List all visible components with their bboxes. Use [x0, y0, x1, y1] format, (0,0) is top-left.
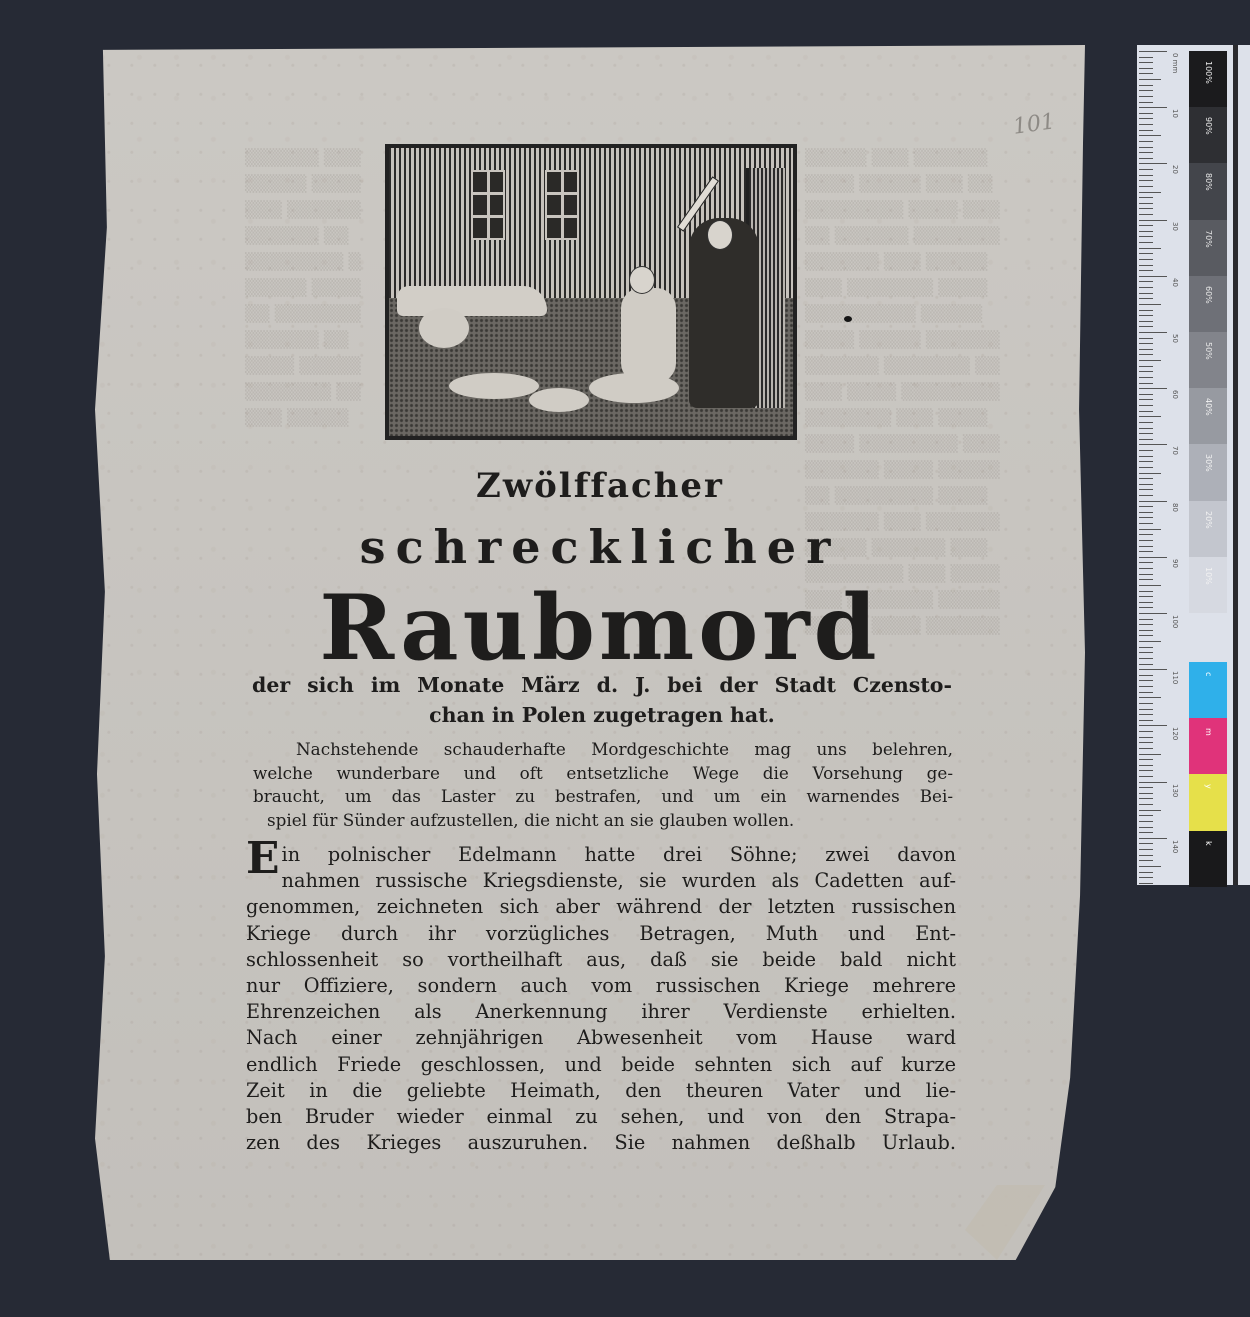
ruler-tick	[1139, 517, 1153, 518]
victim-figure	[449, 373, 539, 399]
ruler-tick	[1139, 843, 1153, 844]
ruler-tick	[1139, 473, 1161, 474]
ruler-tick	[1139, 579, 1153, 580]
ruler-tick	[1139, 686, 1153, 687]
ruler-tick	[1139, 281, 1153, 282]
victim-figure	[419, 308, 469, 348]
grey-step: 90%	[1189, 107, 1227, 163]
ruler-tick	[1139, 310, 1153, 311]
ruler-label: 10	[1171, 109, 1179, 118]
ruler-tick	[1139, 96, 1153, 97]
subtitle-line: der sich im Monate März d. J. bei der St…	[252, 670, 952, 700]
ruler-tick	[1139, 489, 1153, 490]
ruler-tick	[1139, 192, 1161, 193]
color-patch-label: c	[1204, 672, 1213, 676]
ruler-tick	[1139, 68, 1153, 69]
ruler-tick	[1139, 399, 1153, 400]
ruler-tick	[1139, 635, 1153, 636]
ruler-tick	[1139, 293, 1153, 294]
ruler-tick	[1139, 85, 1153, 86]
ruler-tick	[1139, 405, 1153, 406]
ruler-tick	[1139, 79, 1161, 80]
ruler-label: 40	[1171, 278, 1179, 287]
ruler-tick	[1139, 591, 1153, 592]
ruler-tick	[1139, 461, 1153, 462]
ruler-tick	[1139, 613, 1167, 614]
ruler-tick	[1139, 248, 1161, 249]
ruler-tick	[1139, 787, 1153, 788]
body-line: zen des Krieges auszuruhen. Sie nahmen d…	[246, 1130, 956, 1156]
ruler-tick	[1139, 759, 1153, 760]
ruler-tick	[1139, 141, 1153, 142]
ruler-tick	[1139, 388, 1167, 389]
title-line-1: Zwölffacher	[240, 466, 960, 506]
ruler-tick	[1139, 557, 1167, 558]
ruler-tick	[1139, 602, 1153, 603]
ruler-tick	[1139, 607, 1153, 608]
ruler-label: 110	[1171, 671, 1179, 684]
grey-step: 100%	[1189, 51, 1227, 107]
ruler-tick	[1139, 231, 1153, 232]
ruler-tick	[1139, 652, 1153, 653]
ruler-tick	[1139, 411, 1153, 412]
ruler-tick	[1139, 394, 1153, 395]
ruler-tick	[1139, 838, 1167, 839]
ruler-tick	[1139, 152, 1153, 153]
ruler-tick	[1139, 506, 1153, 507]
ruler-tick	[1139, 135, 1161, 136]
ruler-tick	[1139, 321, 1153, 322]
victim-figure	[529, 388, 589, 412]
ruler-tick	[1139, 624, 1153, 625]
ruler-tick	[1139, 439, 1153, 440]
body-line: in polnischer Edelmann hatte drei Söhne;…	[246, 842, 956, 868]
ruler-tick	[1139, 450, 1153, 451]
intro-line: braucht, um das Laster zu bestrafen, und…	[253, 785, 953, 809]
ruler-tick	[1139, 332, 1167, 333]
body-line: Zeit in die geliebte Heimath, den theure…	[246, 1078, 956, 1104]
grey-step: 70%	[1189, 220, 1227, 276]
ruler-tick	[1139, 158, 1153, 159]
ruler-tick	[1139, 197, 1153, 198]
ruler-tick	[1139, 343, 1153, 344]
ruler-tick	[1139, 422, 1153, 423]
body-paragraph: E in polnischer Edelmann hatte drei Söhn…	[246, 842, 956, 1156]
ruler-tick	[1139, 815, 1153, 816]
ruler-tick	[1139, 501, 1167, 502]
ruler-tick	[1139, 366, 1153, 367]
woodcut-illustration	[385, 144, 797, 440]
ruler-tick	[1139, 512, 1153, 513]
ruler-tick	[1139, 236, 1153, 237]
ruler-tick	[1139, 714, 1153, 715]
ruler-tick	[1139, 253, 1153, 254]
ruler-tick	[1139, 737, 1153, 738]
ruler-tick	[1139, 265, 1153, 266]
grey-step: 80%	[1189, 163, 1227, 219]
ruler-tick	[1139, 298, 1153, 299]
ruler-label: 120	[1171, 727, 1179, 740]
ruler-tick	[1139, 456, 1153, 457]
title-line-2: schrecklicher	[240, 520, 960, 574]
ruler-tick	[1139, 270, 1153, 271]
subtitle-line: chan in Polen zugetragen hat.	[252, 700, 952, 730]
woman-figure	[621, 288, 676, 383]
ruler-tick	[1139, 371, 1153, 372]
ruler-tick	[1139, 675, 1153, 676]
grey-step-label: 100%	[1204, 61, 1213, 84]
ruler-label: 130	[1171, 784, 1179, 797]
ruler-label: 100	[1171, 615, 1179, 628]
ruler-tick	[1139, 798, 1153, 799]
grey-step-label: 60%	[1204, 286, 1213, 304]
ruler-tick	[1139, 169, 1153, 170]
ruler-tick	[1139, 57, 1153, 58]
ruler-tick	[1139, 147, 1153, 148]
ruler-tick	[1139, 883, 1153, 884]
ruler-tick	[1139, 725, 1167, 726]
ruler-tick	[1139, 619, 1153, 620]
body-line: ben Bruder wieder einmal zu sehen, und v…	[246, 1104, 956, 1130]
intro-line: welche wunderbare und oft entsetzliche W…	[253, 762, 953, 786]
color-patch-label: y	[1204, 784, 1213, 789]
ruler-tick	[1139, 709, 1153, 710]
ruler-label: 60	[1171, 390, 1179, 399]
ruler-tick	[1139, 827, 1153, 828]
ruler-tick	[1139, 326, 1153, 327]
window-left	[471, 170, 505, 240]
grey-step: 50%	[1189, 332, 1227, 388]
color-patch-label: m	[1204, 728, 1213, 736]
body-line: endlich Friede geschlossen, und beide se…	[246, 1052, 956, 1078]
grey-step-label: 50%	[1204, 342, 1213, 360]
intro-line: spiel für Sünder aufzustellen, die nicht…	[253, 809, 953, 833]
ruler-tick	[1139, 315, 1153, 316]
ruler-tick	[1139, 630, 1153, 631]
ruler-tick	[1139, 62, 1153, 63]
ruler-tick	[1139, 118, 1153, 119]
ruler-tick	[1139, 529, 1161, 530]
subtitle: der sich im Monate März d. J. bei der St…	[252, 670, 952, 730]
grey-step-label: 20%	[1204, 511, 1213, 529]
ruler-tick	[1139, 810, 1161, 811]
ruler-tick	[1139, 664, 1153, 665]
ruler-tick	[1139, 130, 1153, 131]
ruler-tick	[1139, 596, 1153, 597]
ruler-tick	[1139, 866, 1161, 867]
grey-step-label: 80%	[1204, 173, 1213, 191]
grey-step-label: 10%	[1204, 567, 1213, 585]
intro-line: Nachstehende schauderhafte Mordgeschicht…	[253, 738, 953, 762]
ruler-tick	[1139, 242, 1153, 243]
ruler-tick	[1139, 383, 1153, 384]
ruler-tick	[1139, 124, 1153, 125]
ruler-tick	[1139, 697, 1161, 698]
ruler-label: 140	[1171, 840, 1179, 853]
grey-step: 30%	[1189, 444, 1227, 500]
ruler-tick	[1139, 680, 1153, 681]
body-line: Kriege durch ihr vorzügliches Betragen, …	[246, 921, 956, 947]
ruler-tick	[1139, 551, 1153, 552]
ruler-tick	[1139, 203, 1153, 204]
ruler-tick	[1139, 872, 1153, 873]
ruler-tick	[1139, 259, 1153, 260]
color-patch-k: k	[1189, 831, 1227, 887]
ruler-tick	[1139, 338, 1153, 339]
color-patch-label: k	[1204, 841, 1213, 846]
ruler-tick	[1139, 540, 1153, 541]
ruler-tick	[1139, 720, 1153, 721]
ruler-tick	[1139, 304, 1161, 305]
ruler-tick	[1139, 770, 1153, 771]
ink-spot	[844, 316, 852, 322]
body-line: nur Offiziere, sondern auch vom russisch…	[246, 973, 956, 999]
ruler-tick	[1139, 658, 1153, 659]
ruler-tick	[1139, 360, 1161, 361]
ruler-tick	[1139, 180, 1153, 181]
ruler-label: 50	[1171, 334, 1179, 343]
ruler-tick	[1139, 186, 1153, 187]
ruler-tick	[1139, 51, 1167, 52]
ruler-tick	[1139, 163, 1167, 164]
ruler-tick	[1139, 107, 1167, 108]
grey-step-label: 90%	[1204, 117, 1213, 135]
ruler-tick	[1139, 220, 1167, 221]
ruler-tick	[1139, 428, 1153, 429]
ruler-label: 0 mm	[1171, 53, 1179, 73]
bed	[397, 286, 547, 316]
ruler-tick	[1139, 562, 1153, 563]
grey-step: 20%	[1189, 501, 1227, 557]
ruler-tick	[1139, 742, 1153, 743]
ruler-tick	[1139, 534, 1153, 535]
ruler-tick	[1139, 669, 1167, 670]
ruler-tick	[1139, 821, 1153, 822]
color-patch-c: c	[1189, 662, 1227, 718]
body-line: Nach einer zehnjährigen Abwesenheit vom …	[246, 1025, 956, 1051]
ruler-tick	[1139, 585, 1161, 586]
ruler-tick	[1139, 855, 1153, 856]
ruler-tick	[1139, 276, 1167, 277]
ruler-label: 70	[1171, 446, 1179, 455]
color-patch-m: m	[1189, 718, 1227, 774]
ruler-tick	[1139, 793, 1153, 794]
ruler-tick	[1139, 354, 1153, 355]
ruler-tick	[1139, 776, 1153, 777]
ruler-tick	[1139, 484, 1153, 485]
ruler-tick	[1139, 416, 1161, 417]
body-line: schlossenheit so vortheilhaft aus, daß s…	[246, 947, 956, 973]
ruler-tick	[1139, 478, 1153, 479]
intro-paragraph: Nachstehende schauderhafte Mordgeschicht…	[253, 738, 953, 832]
ruler-label: 90	[1171, 559, 1179, 568]
ruler-tick	[1139, 877, 1153, 878]
ruler-tick	[1139, 208, 1153, 209]
ruler-tick	[1139, 90, 1153, 91]
ruler-tick	[1139, 546, 1153, 547]
ruler-tick	[1139, 214, 1153, 215]
ruler-tick	[1139, 523, 1153, 524]
ruler-tick	[1139, 349, 1153, 350]
ruler-tick	[1139, 574, 1153, 575]
drop-cap: E	[246, 844, 280, 874]
ruler-tick	[1139, 225, 1153, 226]
grey-step-label: 40%	[1204, 398, 1213, 416]
ruler-tick	[1139, 287, 1153, 288]
attacker-head	[707, 220, 733, 250]
grey-step: 40%	[1189, 388, 1227, 444]
ruler-tick	[1139, 641, 1161, 642]
ruler-tick	[1139, 495, 1153, 496]
ruler-tick	[1139, 113, 1153, 114]
ruler-tick	[1139, 731, 1153, 732]
ruler-tick	[1139, 849, 1153, 850]
ruler-label: 20	[1171, 165, 1179, 174]
ruler-label: 80	[1171, 503, 1179, 512]
ruler-tick	[1139, 754, 1161, 755]
body-line: nahmen russische Kriegsdienste, sie wurd…	[246, 868, 956, 894]
ruler-tick	[1139, 175, 1153, 176]
ruler-tick	[1139, 692, 1153, 693]
ruler-tick	[1139, 765, 1153, 766]
woman-head	[629, 266, 655, 294]
body-line: genommen, zeichneten sich aber während d…	[246, 894, 956, 920]
ruler-tick	[1139, 748, 1153, 749]
ruler-tick	[1139, 860, 1153, 861]
grey-step: 60%	[1189, 276, 1227, 332]
ruler-tick	[1139, 102, 1153, 103]
grey-step: 10%	[1189, 557, 1227, 613]
ruler-label: 30	[1171, 222, 1179, 231]
ruler-tick	[1139, 568, 1153, 569]
ruler-tick	[1139, 433, 1153, 434]
ruler-tick	[1139, 377, 1153, 378]
body-line: Ehrenzeichen als Anerkennung ihrer Verdi…	[246, 999, 956, 1025]
grey-step-label: 70%	[1204, 230, 1213, 248]
color-patch-y: y	[1189, 774, 1227, 830]
title-line-3: Raubmord	[240, 578, 960, 678]
ruler-tick	[1139, 467, 1153, 468]
grey-step-label: 30%	[1204, 454, 1213, 472]
window-right	[545, 170, 579, 240]
color-calibration-strip: 0 mm102030405060708090100110120130140 10…	[1137, 45, 1250, 885]
ruler-tick	[1139, 444, 1167, 445]
ruler-tick	[1139, 73, 1153, 74]
ruler-tick	[1139, 703, 1153, 704]
strip-rail	[1233, 45, 1238, 885]
ruler-tick	[1139, 782, 1167, 783]
ruler-tick	[1139, 832, 1153, 833]
ruler-tick	[1139, 647, 1153, 648]
mm-ruler: 0 mm102030405060708090100110120130140	[1137, 45, 1192, 885]
ruler-tick	[1139, 804, 1153, 805]
